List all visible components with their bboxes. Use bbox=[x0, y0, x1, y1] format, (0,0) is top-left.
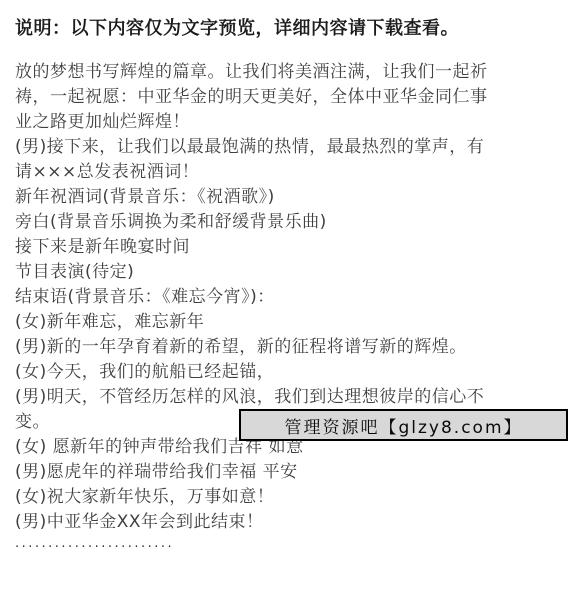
script-line: (男)中亚华金XX年会到此结束！ bbox=[15, 510, 565, 535]
script-line: (男)愿虎年的祥瑞带给我们幸福 平安 bbox=[15, 460, 565, 485]
script-line: 请×××总发表祝酒词！ bbox=[15, 160, 565, 185]
script-line: 业之路更加灿烂辉煌！ bbox=[15, 110, 565, 135]
script-line: 旁白(背景音乐调换为柔和舒缓背景乐曲) bbox=[15, 210, 565, 235]
script-line: (男)接下来，让我们以最最饱满的热情，最最热烈的掌声，有 bbox=[15, 135, 565, 160]
script-line: 放的梦想书写辉煌的篇章。让我们将美酒注满，让我们一起祈 bbox=[15, 60, 565, 85]
script-line: 新年祝酒词(背景音乐：《祝酒歌》) bbox=[15, 185, 565, 210]
script-line: (女)新年难忘，难忘新年 bbox=[15, 310, 565, 335]
preview-page: 说明：以下内容仅为文字预览，详细内容请下载查看。 放的梦想书写辉煌的篇章。让我们… bbox=[0, 0, 578, 600]
watermark-site-label: 管理资源吧【glzy8.com】 bbox=[284, 413, 522, 438]
preview-disclaimer: 说明：以下内容仅为文字预览，详细内容请下载查看。 bbox=[15, 17, 563, 41]
script-line: (女)祝大家新年快乐，万事如意！ bbox=[15, 485, 565, 510]
script-line: (男)新的一年孕育着新的希望，新的征程将谱写新的辉煌。 bbox=[15, 335, 565, 360]
script-line: (男)明天，不管经历怎样的风浪，我们到达理想彼岸的信心不 bbox=[15, 385, 565, 410]
script-line: (女)今天，我们的航船已经起锚， bbox=[15, 360, 565, 385]
ellipsis-line: ························ bbox=[15, 535, 565, 560]
watermark-badge: 管理资源吧【glzy8.com】 bbox=[239, 409, 568, 441]
script-line: 结束语(背景音乐：《难忘今宵》)： bbox=[15, 285, 565, 310]
script-text-block: 放的梦想书写辉煌的篇章。让我们将美酒注满，让我们一起祈 祷，一起祝愿：中亚华金的… bbox=[15, 60, 565, 560]
script-line: 节目表演(待定) bbox=[15, 260, 565, 285]
script-line: 祷，一起祝愿：中亚华金的明天更美好，全体中亚华金同仁事 bbox=[15, 85, 565, 110]
script-line: 接下来是新年晚宴时间 bbox=[15, 235, 565, 260]
